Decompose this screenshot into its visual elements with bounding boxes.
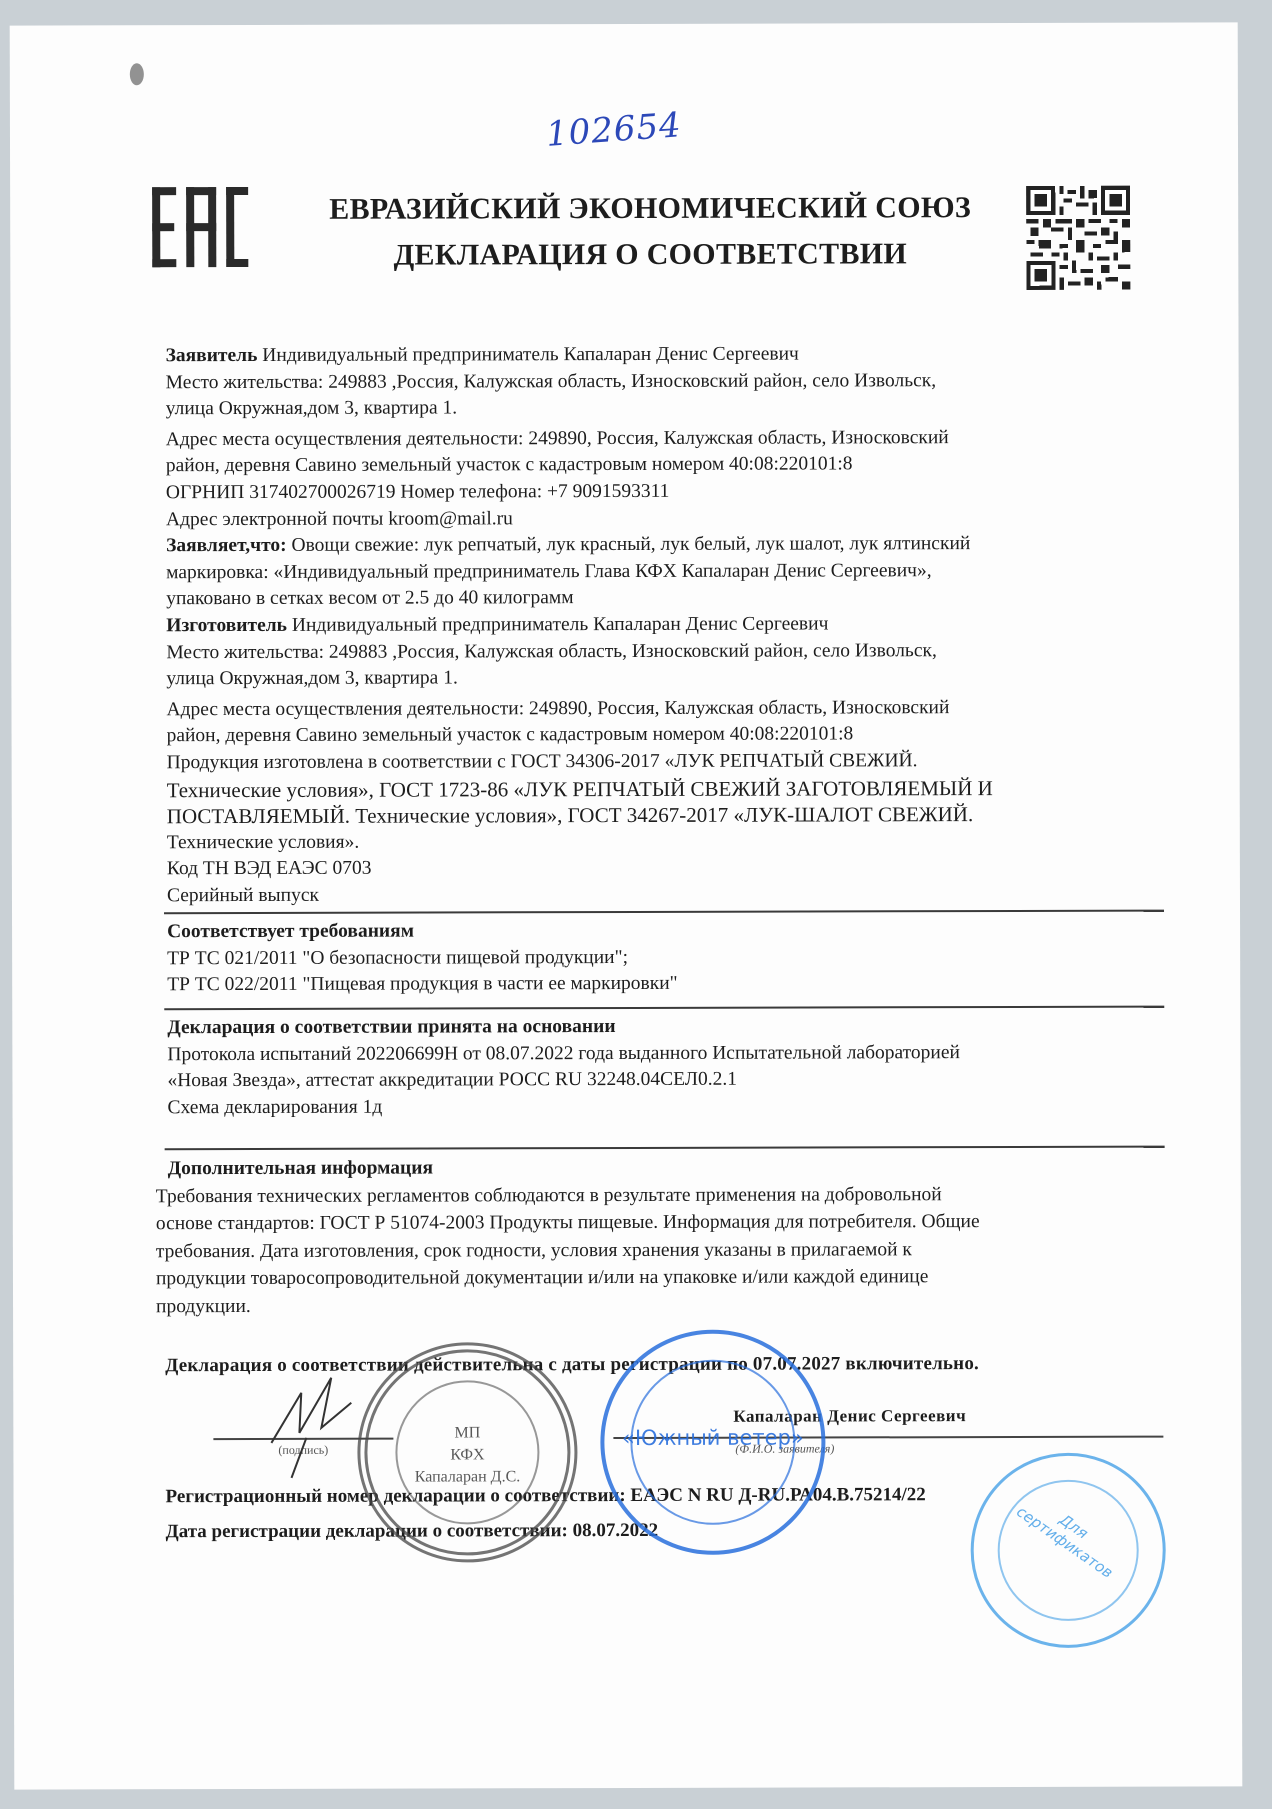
stamp-owner: Капаларан Д.С. <box>367 1466 567 1489</box>
basis-line-2: «Новая Звезда», аттестат аккредитации РО… <box>167 1066 1147 1095</box>
applicant-name: Индивидуальный предприниматель Капаларан… <box>262 344 799 366</box>
standards-line-3: ПОСТАВЛЯЕМЫЙ. Технические условия», ГОСТ… <box>167 801 1127 830</box>
applicant-ogrnip: ОГРНИП 317402700026719 Номер телефона: +… <box>166 478 1126 507</box>
manufacturer-activity-2: район, деревня Савино земельный участок … <box>167 721 1127 750</box>
additional-line-1: Требования технических регламентов соблю… <box>156 1180 1136 1210</box>
yuzhny-veter-stamp: «Южный ветер» <box>600 1329 826 1555</box>
conformity-item: ТР ТС 022/2011 "Пищевая продукция в част… <box>167 970 1147 999</box>
divider <box>164 910 1164 915</box>
declaration-body: Заявитель Индивидуальный предприниматель… <box>166 341 1127 910</box>
stamp-mp: МП <box>367 1422 567 1445</box>
manufacturer-name: Индивидуальный предприниматель Капаларан… <box>287 613 828 635</box>
declares-line-2: маркировка: «Индивидуальный предпринимат… <box>166 557 1126 586</box>
handwritten-number: 102654 <box>545 105 683 155</box>
manufacturer-activity-1: Адрес места осуществления деятельности: … <box>166 694 1126 723</box>
sladkaya-zhizn-stamp: Для сертификатов <box>970 1453 1166 1649</box>
manufacturer-line: Изготовитель Индивидуальный предпринимат… <box>166 611 1126 640</box>
declares-label: Заявляет,что: <box>166 535 287 556</box>
declaration-title: ДЕКЛАРАЦИЯ О СООТВЕТСТВИИ <box>300 234 1000 276</box>
applicant-line: Заявитель Индивидуальный предприниматель… <box>166 341 1126 370</box>
union-title: ЕВРАЗИЙСКИЙ ЭКОНОМИЧЕСКИЙ СОЮЗ <box>300 188 1000 230</box>
divider <box>165 1146 1165 1151</box>
additional-line-4: продукции товаросопроводительной докумен… <box>156 1263 1136 1293</box>
manufacturer-label: Изготовитель <box>166 615 287 636</box>
basis-line-3: Схема декларирования 1д <box>167 1092 1147 1121</box>
applicant-activity-2: район, деревня Савино земельный участок … <box>166 451 1126 480</box>
eac-logo-icon <box>150 185 250 269</box>
signature-scribble-icon <box>261 1373 371 1483</box>
basis-heading: Декларация о соответствии принята на осн… <box>167 1013 1147 1042</box>
additional-heading: Дополнительная информация <box>156 1153 1136 1183</box>
conformity-heading: Соответствует требованиям <box>167 917 1147 946</box>
stamp-kfh: КФХ <box>367 1444 567 1467</box>
manufacturer-residence-2: улица Окружная,дом 3, квартира 1. <box>166 664 1126 693</box>
yuzhny-veter-text: «Южный ветер» <box>604 1425 821 1450</box>
additional-line-2: основе стандартов: ГОСТ Р 51074-2003 Про… <box>156 1208 1136 1238</box>
manufacturer-residence-1: Место жительства: 249883 ,Россия, Калужс… <box>166 637 1126 666</box>
additional-line-3: требования. Дата изготовления, срок годн… <box>156 1235 1136 1265</box>
additional-line-5: продукции. <box>156 1290 1136 1320</box>
standards-line-2: Технические условия», ГОСТ 1723-86 «ЛУК … <box>167 774 1127 803</box>
document-header: ЕВРАЗИЙСКИЙ ЭКОНОМИЧЕСКИЙ СОЮЗ ДЕКЛАРАЦИ… <box>300 188 1000 276</box>
conformity-section: Соответствует требованиям ТР ТС 021/2011… <box>167 917 1147 999</box>
declares-line-3: упаковано в сетках весом от 2.5 до 40 ки… <box>166 584 1126 613</box>
divider <box>164 1006 1164 1011</box>
declares-text: Овощи свежие: лук репчатый, лук красный,… <box>287 533 971 556</box>
applicant-residence-1: Место жительства: 249883 ,Россия, Калужс… <box>166 367 1126 396</box>
basis-line-1: Протокола испытаний 202206699Н от 08.07.… <box>167 1039 1147 1068</box>
release-type: Серийный выпуск <box>167 881 1127 910</box>
applicant-label: Заявитель <box>166 345 258 366</box>
kfh-stamp: МП КФХ Капаларан Д.С. <box>357 1342 578 1563</box>
declares-line-1: Заявляет,что: Овощи свежие: лук репчатый… <box>166 531 1126 560</box>
tn-ved-code: Код ТН ВЭД ЕАЭС 0703 <box>167 854 1127 883</box>
applicant-email: Адрес электронной почты kroom@mail.ru <box>166 504 1126 533</box>
kfh-stamp-text: МП КФХ Капаларан Д.С. <box>367 1422 567 1489</box>
conformity-item: ТР ТС 021/2011 "О безопасности пищевой п… <box>167 943 1147 972</box>
document-page: 102654 ЕВРАЗИЙСКИЙ ЭКОНОМИЧЕСКИЙ СОЮЗ ДЕ… <box>10 22 1243 1789</box>
scan-speck <box>130 63 144 85</box>
applicant-residence-2: улица Окружная,дом 3, квартира 1. <box>166 394 1126 423</box>
standards-line-1: Продукция изготовлена в соответствии с Г… <box>167 748 1127 777</box>
additional-section: Дополнительная информация Требования тех… <box>156 1153 1136 1321</box>
standards-line-4: Технические условия». <box>167 827 1127 856</box>
applicant-activity-1: Адрес места осуществления деятельности: … <box>166 424 1126 453</box>
basis-section: Декларация о соответствии принята на осн… <box>167 1013 1147 1122</box>
qr-code-icon <box>1026 186 1130 290</box>
